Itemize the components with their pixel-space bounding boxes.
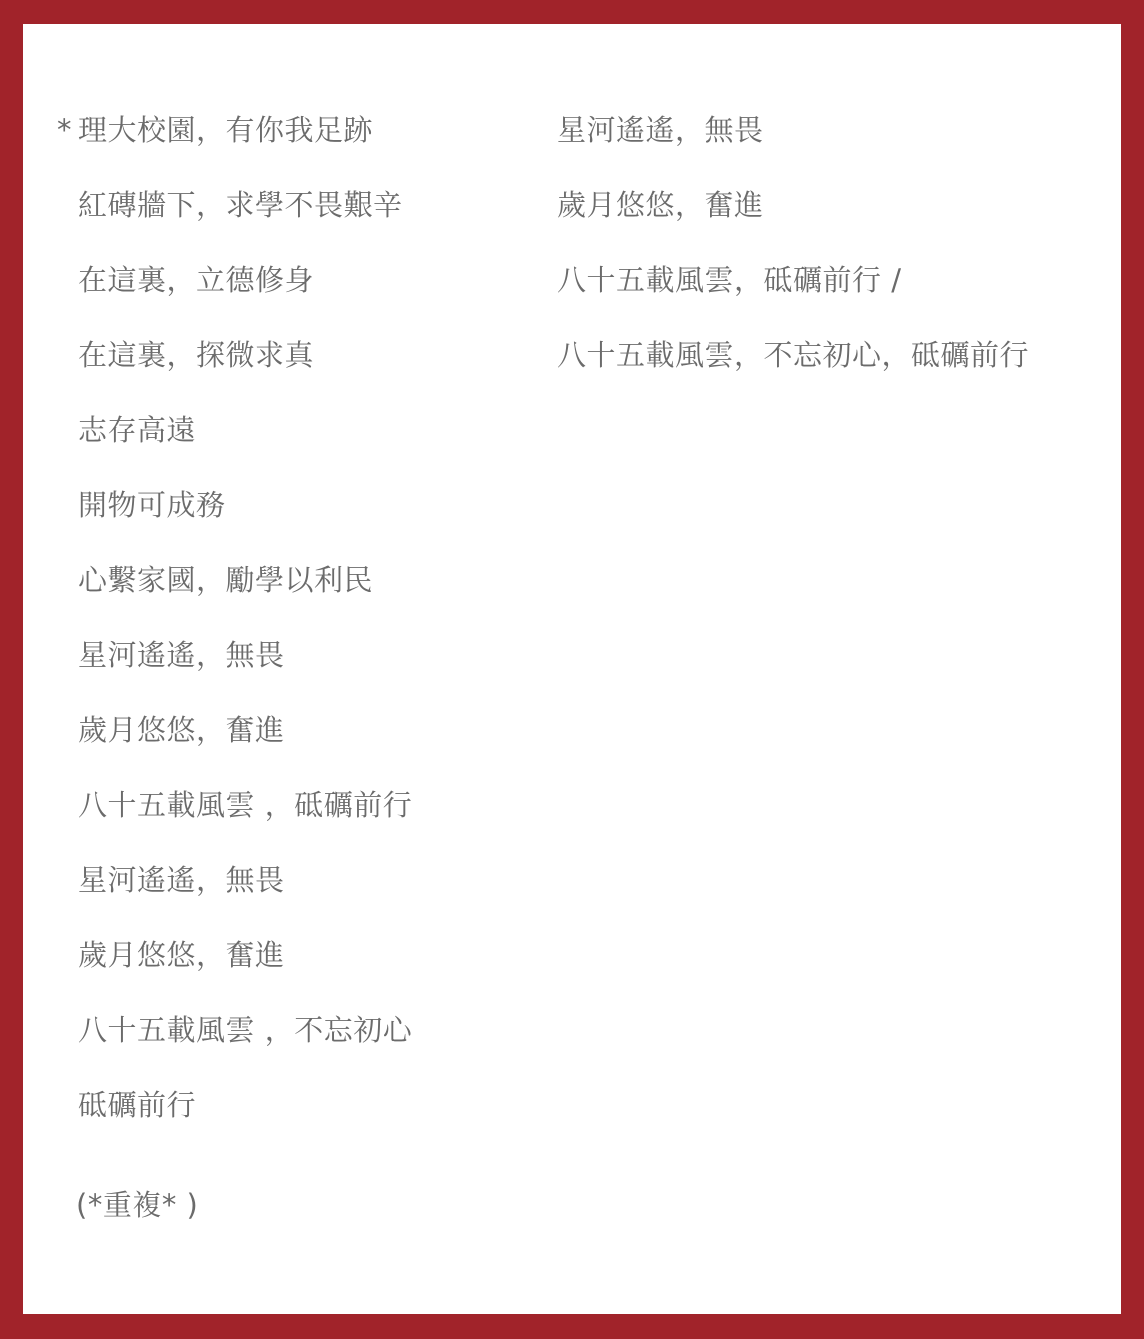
lyric-line: 開物可成務 (78, 487, 226, 523)
lyric-line: 心繫家國，勵學以利民 (78, 562, 373, 598)
chorus-marker: * (57, 112, 72, 148)
lyric-line: 星河遙遙，無畏 (78, 862, 285, 898)
lyric-line: 八十五載風雲 ，砥礪前行 (78, 787, 412, 823)
lyric-line: 在這裏，探微求真 (78, 337, 314, 373)
lyric-line: 理大校園，有你我足跡 (78, 112, 373, 148)
lyrics-card: * 理大校園，有你我足跡 紅磚牆下，求學不畏艱辛 在這裏，立德修身 在這裏，探微… (23, 24, 1121, 1314)
lyric-line: 志存高遠 (78, 412, 196, 448)
lyric-line: 星河遙遙，無畏 (557, 112, 764, 148)
lyric-line: 八十五載風雲，不忘初心，砥礪前行 (557, 337, 1029, 373)
lyric-line: 星河遙遙，無畏 (78, 637, 285, 673)
lyric-line: 八十五載風雲 ，不忘初心 (78, 1012, 412, 1048)
lyric-line: 八十五載風雲，砥礪前行 / (557, 262, 902, 298)
lyric-line: 歲月悠悠，奮進 (557, 187, 764, 223)
lyric-line: 歲月悠悠，奮進 (78, 712, 285, 748)
repeat-note: (*重複* ) (76, 1187, 198, 1223)
lyric-line: 砥礪前行 (78, 1087, 196, 1123)
lyric-line: 在這裏，立德修身 (78, 262, 314, 298)
lyric-line: 紅磚牆下，求學不畏艱辛 (78, 187, 403, 223)
lyric-line: 歲月悠悠，奮進 (78, 937, 285, 973)
